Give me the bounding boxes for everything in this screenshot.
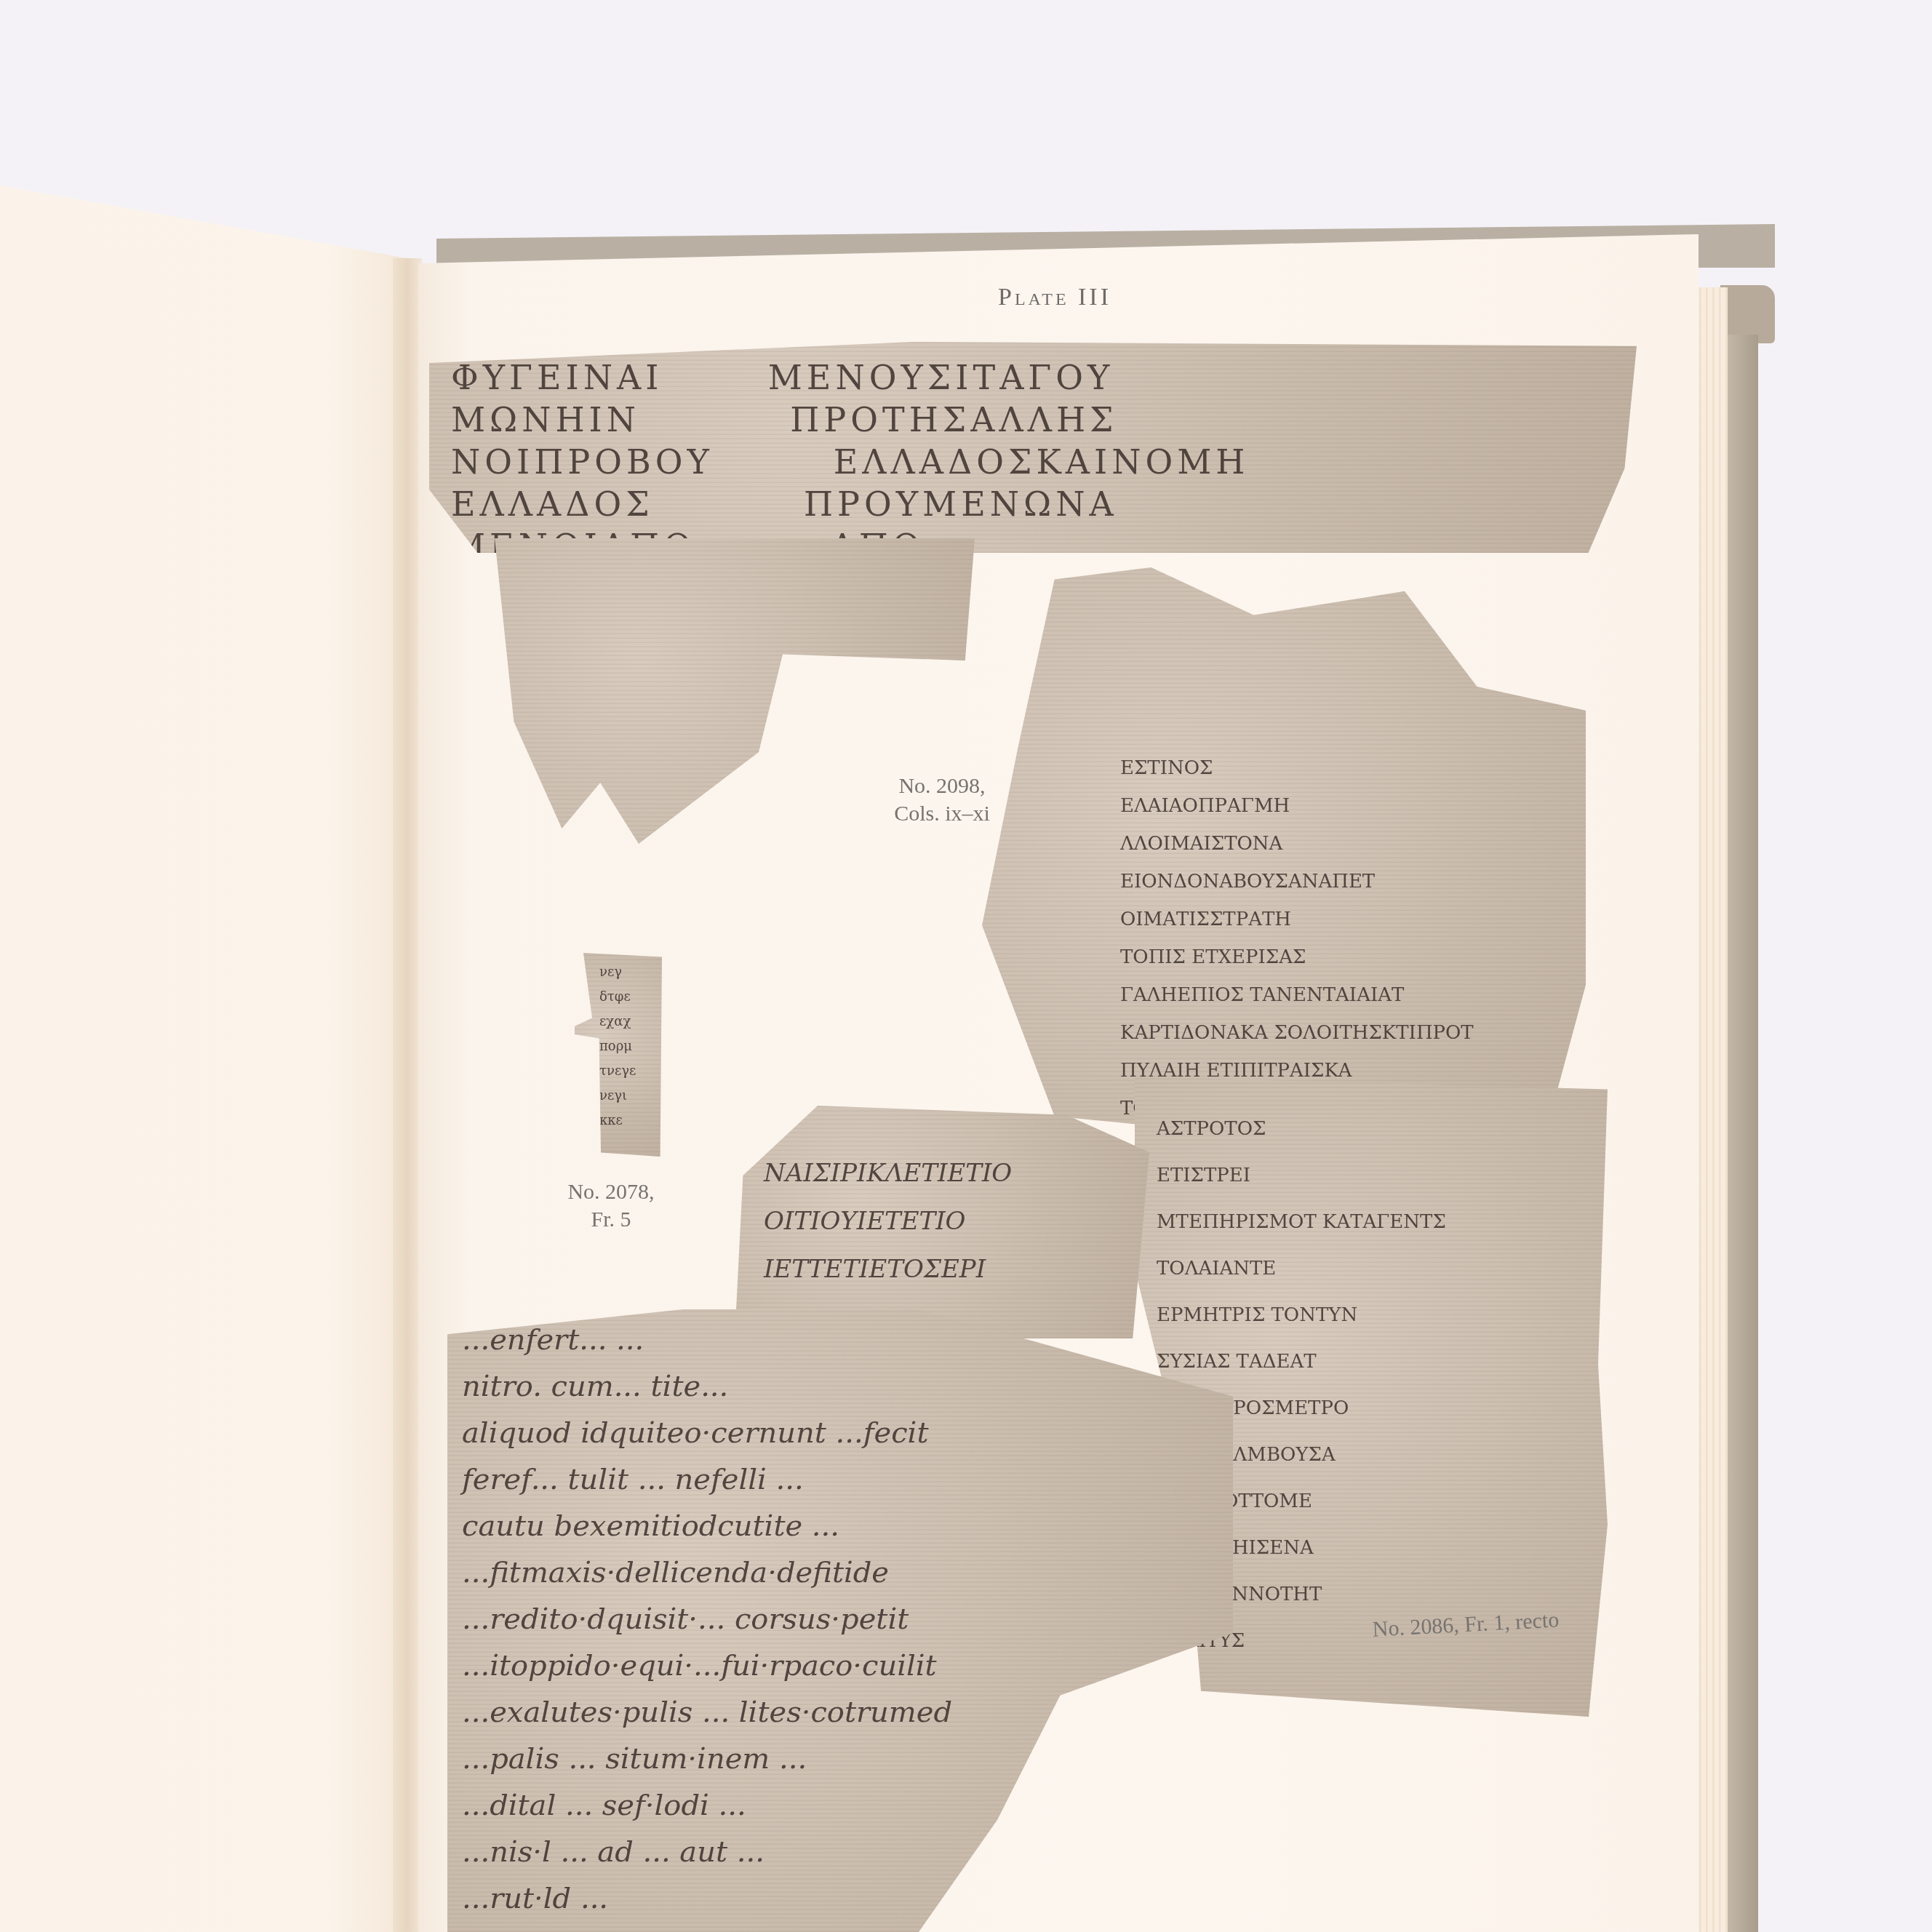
plate-title: Plate III (967, 284, 1142, 311)
papyrus-text: ΝΑΙΣΙΡΙΚΛΕΤΙΕΤΙΟ ΟΙΤΙΟΥΙΕΤΕΤΙΟ ΙΕΤΤΕΤΙΕΤ… (735, 1106, 1149, 1338)
page-stack-edge (1695, 287, 1728, 1932)
papyrus-fragment-2098-top: ΦΥΓΕΙΝΑΙ ΜΕΝΟΥΣΙΤΑΓΟΥ ΜΩΝΗΙΝ ΠΡΟΤΗΣΑΛΛΗΣ… (429, 342, 1637, 553)
papyrus-text: ΦΥΓΕΙΝΑΙ ΜΕΝΟΥΣΙΤΑΓΟΥ ΜΩΝΗΙΝ ΠΡΟΤΗΣΑΛΛΗΣ… (429, 342, 1637, 553)
caption-line: Fr. 5 (538, 1206, 684, 1234)
book-cover-right-edge (1728, 335, 1758, 1932)
caption-line: No. 2078, (538, 1178, 684, 1206)
caption-line: No. 2098, (851, 773, 1033, 800)
caption-2098: No. 2098, Cols. ix–xi (851, 773, 1033, 828)
book-gutter (393, 258, 422, 1932)
caption-line: Cols. ix–xi (851, 800, 1033, 828)
book-photo: Plate III ΦΥΓΕΙΝΑΙ ΜΕΝΟΥΣΙΤΑΓΟΥ ΜΩΝΗΙΝ Π… (0, 0, 1932, 1932)
left-page (0, 185, 407, 1932)
caption-2078: No. 2078, Fr. 5 (538, 1178, 684, 1234)
papyrus-fragment-latin-top: ΝΑΙΣΙΡΙΚΛΕΤΙΕΤΙΟ ΟΙΤΙΟΥΙΕΤΕΤΙΟ ΙΕΤΤΕΤΙΕΤ… (735, 1106, 1149, 1338)
